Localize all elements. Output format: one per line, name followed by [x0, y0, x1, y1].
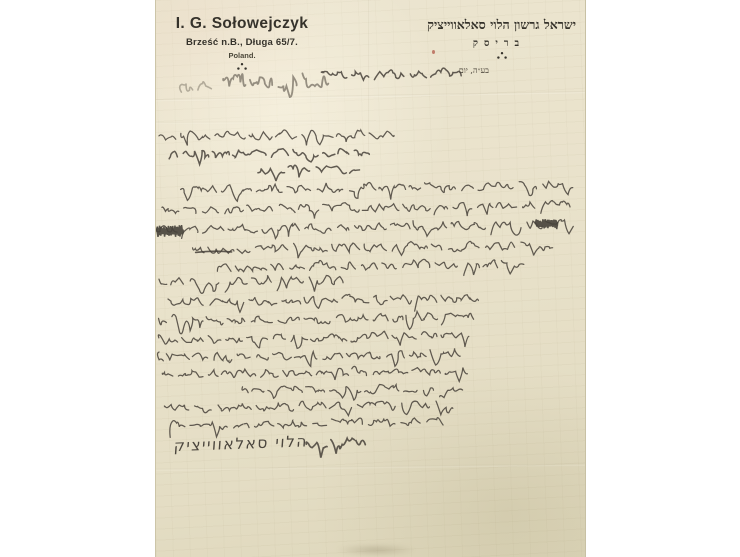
red-speck: [432, 50, 435, 54]
letter-paper: I. G. Sołowejczyk Brześć n.B., Długa 65/…: [155, 0, 586, 557]
bottom-smudge: [336, 544, 416, 556]
photo-background: I. G. Sołowejczyk Brześć n.B., Długa 65/…: [0, 0, 740, 557]
handwriting-layer: [156, 0, 585, 557]
